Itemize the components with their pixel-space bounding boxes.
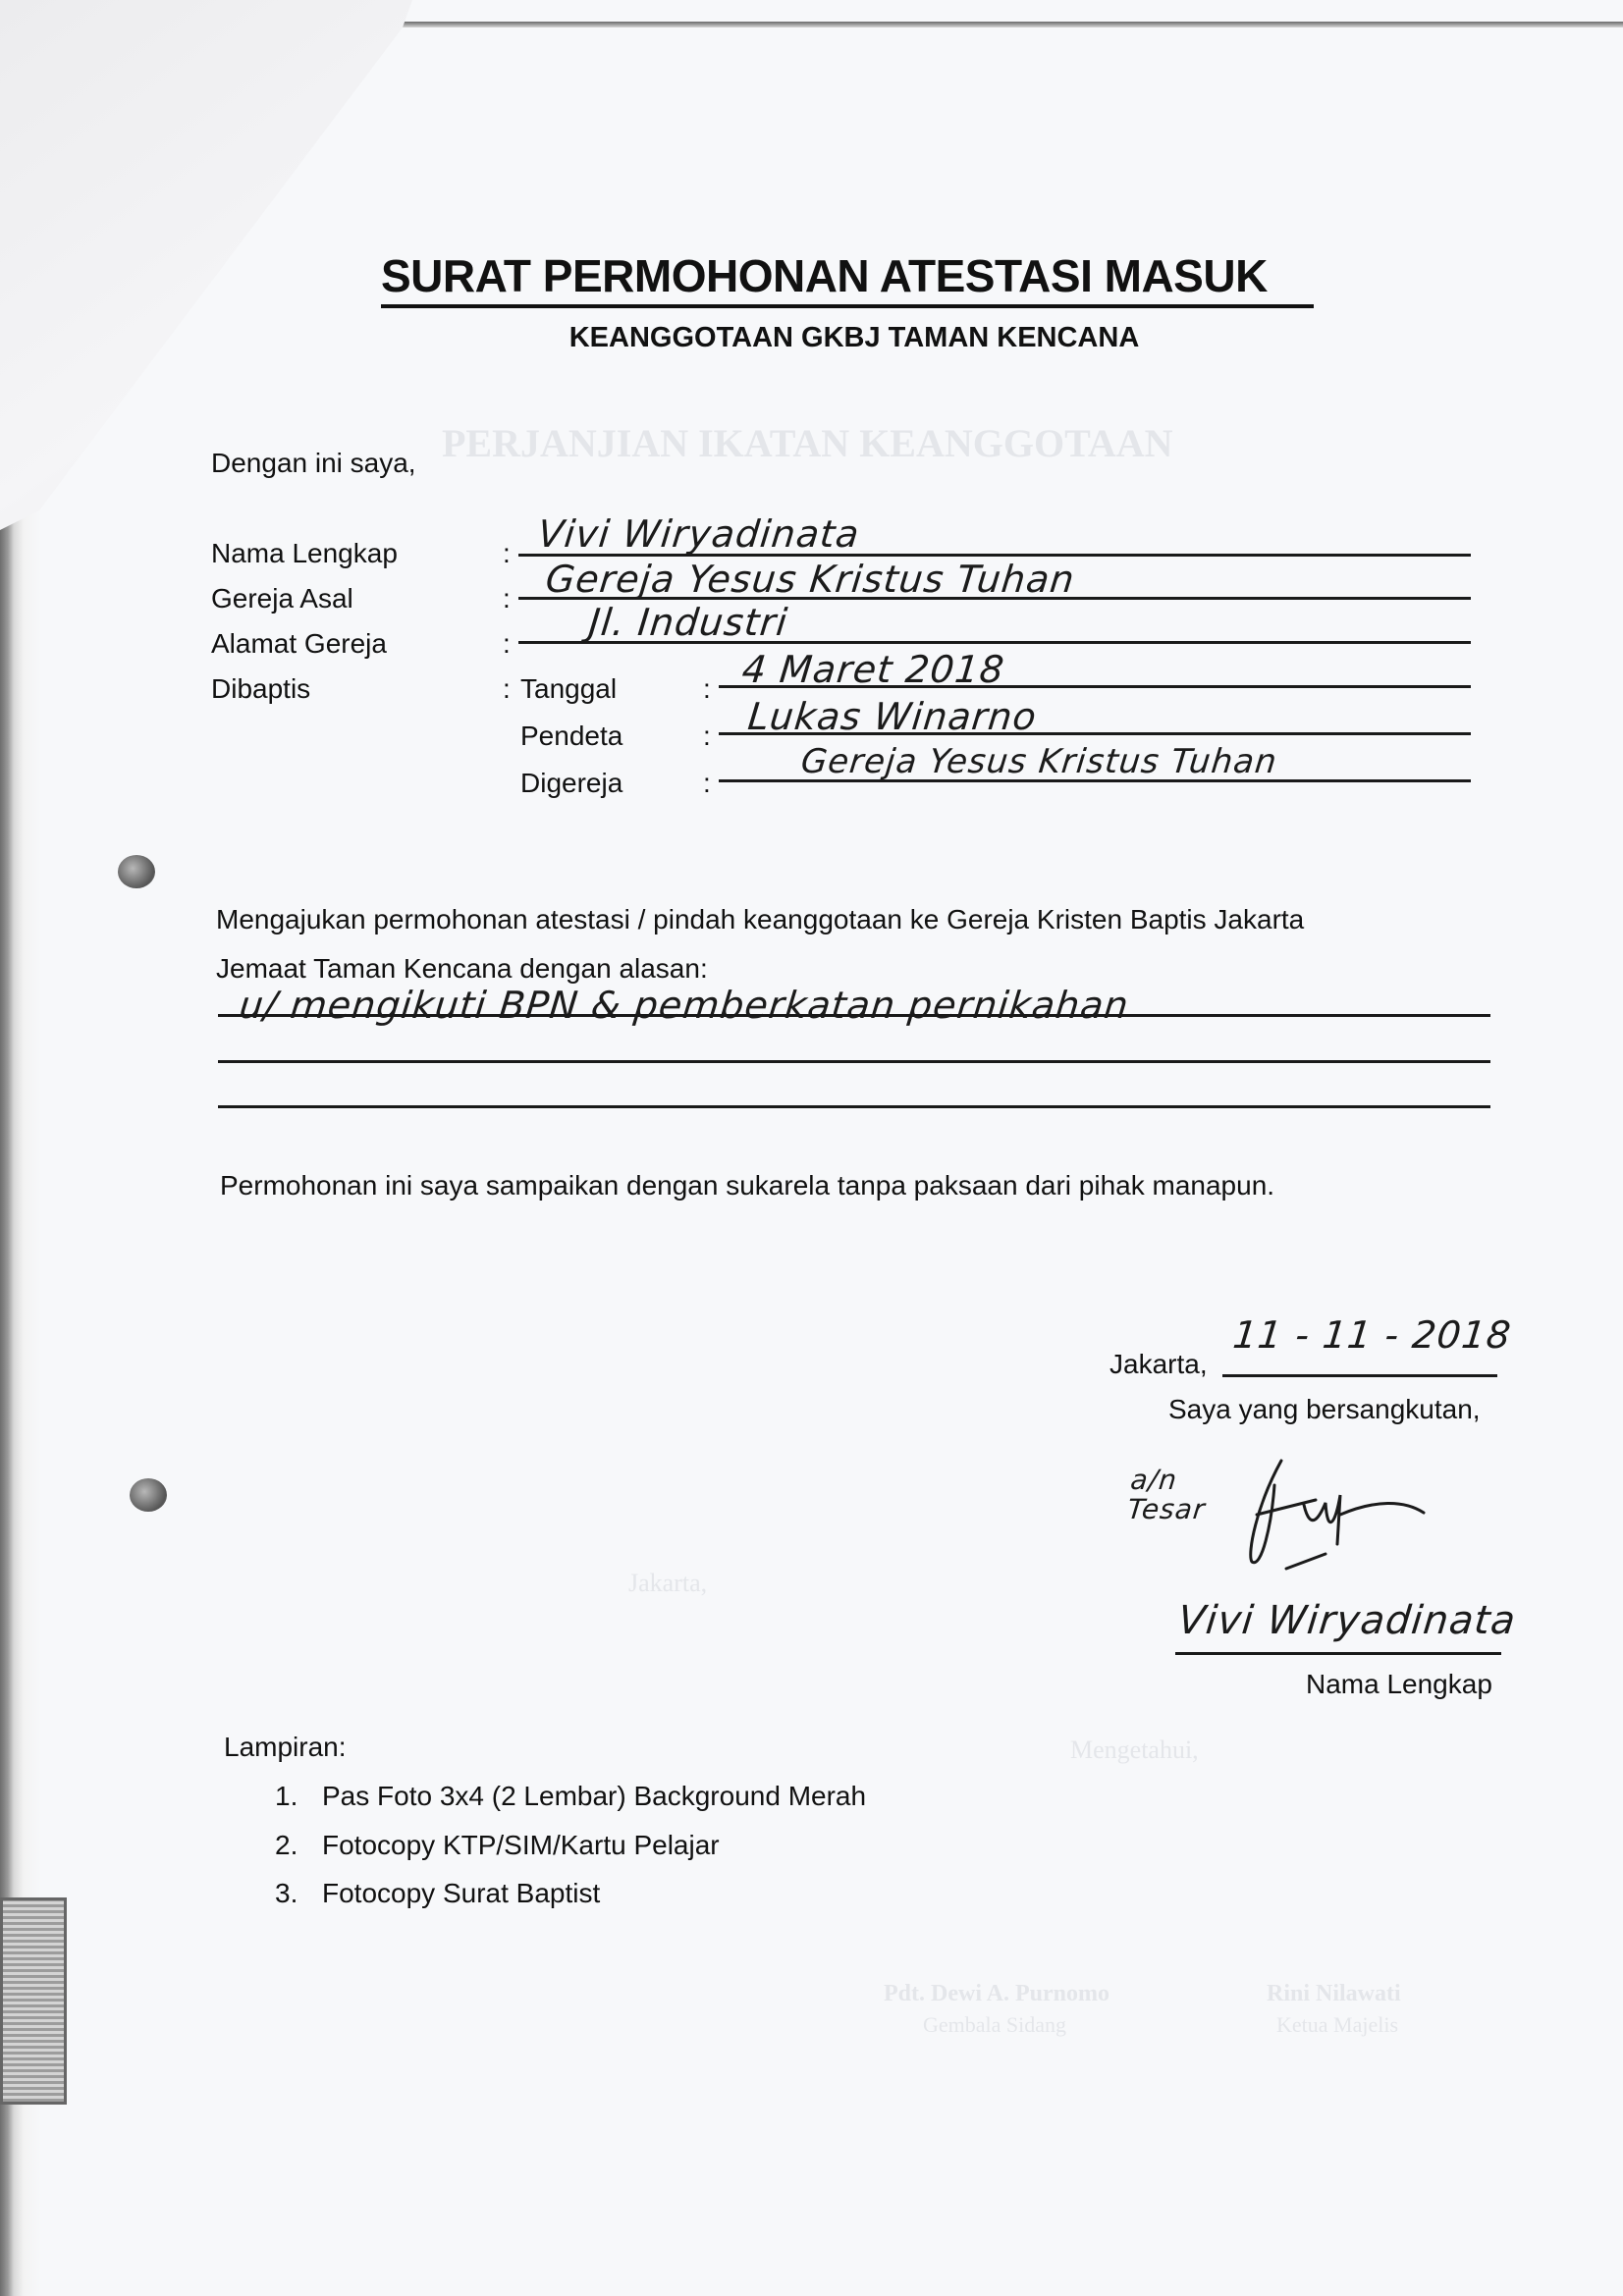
attachments-label: Lampiran: — [224, 1732, 347, 1763]
attachment-text: Fotocopy Surat Baptist — [322, 1878, 600, 1908]
attachment-item: 1.Pas Foto 3x4 (2 Lembar) Background Mer… — [275, 1781, 866, 1812]
signature-scribble-icon — [1227, 1446, 1443, 1574]
field-value-gereja-asal[interactable]: Gereja Yesus Kristus Tuhan — [544, 558, 1077, 601]
bleed-through-name-2: Rini Nilawati — [1267, 1981, 1401, 2007]
attachment-number: 3. — [275, 1878, 322, 1909]
proxy-note: a/n Tesar — [1126, 1466, 1211, 1524]
field-value-digereja[interactable]: Gereja Yesus Kristus Tuhan — [799, 742, 1279, 781]
colon: : — [503, 673, 511, 705]
field-line — [719, 685, 1471, 688]
document-page: PERJANJIAN IKATAN KEANGGOTAAN Jakarta, M… — [0, 27, 1623, 2296]
signature-place: Jakarta, — [1109, 1349, 1208, 1380]
field-line — [518, 554, 1471, 557]
colon: : — [503, 628, 511, 660]
bleed-through-place: Jakarta, — [628, 1569, 707, 1598]
field-line — [719, 779, 1471, 782]
signature-date[interactable]: 11 - 11 - 2018 — [1231, 1313, 1514, 1357]
attachment-text: Pas Foto 3x4 (2 Lembar) Background Merah — [322, 1781, 866, 1811]
reason-line-1 — [218, 1014, 1490, 1017]
attachment-number: 2. — [275, 1830, 322, 1861]
bleed-through-role-1: Gembala Sidang — [923, 2012, 1066, 2038]
punch-hole — [118, 855, 155, 888]
field-label-nama-lengkap: Nama Lengkap — [211, 538, 398, 569]
field-line — [518, 597, 1471, 600]
colon: : — [503, 538, 511, 569]
colon: : — [703, 768, 711, 799]
colon: : — [503, 583, 511, 614]
field-label-digereja: Digereja — [520, 768, 622, 799]
document-title: SURAT PERMOHONAN ATESTASI MASUK — [381, 249, 1314, 308]
field-label-gereja-asal: Gereja Asal — [211, 583, 353, 614]
signer-name-caption: Nama Lengkap — [1306, 1669, 1492, 1700]
bleed-through-knowing: Mengetahui, — [1070, 1735, 1199, 1765]
date-line — [1222, 1374, 1497, 1377]
request-line-1: Mengajukan permohonan atestasi / pindah … — [216, 904, 1304, 935]
declaration-text: Permohonan ini saya sampaikan dengan suk… — [220, 1170, 1274, 1201]
reason-value[interactable]: u/ mengikuti BPN & pemberkatan pernikaha… — [238, 984, 1131, 1027]
field-line — [719, 732, 1471, 735]
signer-name[interactable]: Vivi Wiryadinata — [1176, 1598, 1519, 1643]
document-subtitle: KEANGGOTAAN GKBJ TAMAN KENCANA — [530, 322, 1178, 354]
attachment-number: 1. — [275, 1781, 322, 1812]
reason-line-3 — [218, 1105, 1490, 1108]
field-label-alamat-gereja: Alamat Gereja — [211, 628, 387, 660]
punch-hole — [130, 1478, 167, 1512]
field-value-nama-lengkap[interactable]: Vivi Wiryadinata — [536, 512, 862, 556]
attachment-item: 3.Fotocopy Surat Baptist — [275, 1878, 600, 1909]
intro-text: Dengan ini saya, — [211, 448, 416, 479]
signer-name-line — [1175, 1652, 1501, 1655]
field-label-pendeta: Pendeta — [520, 721, 622, 752]
bleed-through-role-2: Ketua Majelis — [1276, 2012, 1398, 2038]
attachment-item: 2.Fotocopy KTP/SIM/Kartu Pelajar — [275, 1830, 720, 1861]
scanner-artifact-stamp — [0, 1897, 67, 2105]
attachment-text: Fotocopy KTP/SIM/Kartu Pelajar — [322, 1830, 720, 1860]
bleed-through-name-1: Pdt. Dewi A. Purnomo — [884, 1981, 1109, 2007]
signature-closing: Saya yang bersangkutan, — [1168, 1394, 1481, 1425]
field-line — [518, 641, 1471, 644]
colon: : — [703, 721, 711, 752]
field-label-dibaptis: Dibaptis — [211, 673, 310, 705]
bleed-through-heading: PERJANJIAN IKATAN KEANGGOTAAN — [442, 420, 1172, 466]
field-label-tanggal: Tanggal — [520, 673, 617, 705]
request-line-2: Jemaat Taman Kencana dengan alasan: — [216, 953, 708, 985]
reason-line-2 — [218, 1060, 1490, 1063]
colon: : — [703, 673, 711, 705]
field-value-alamat-gereja[interactable]: Jl. Industri — [587, 601, 790, 644]
